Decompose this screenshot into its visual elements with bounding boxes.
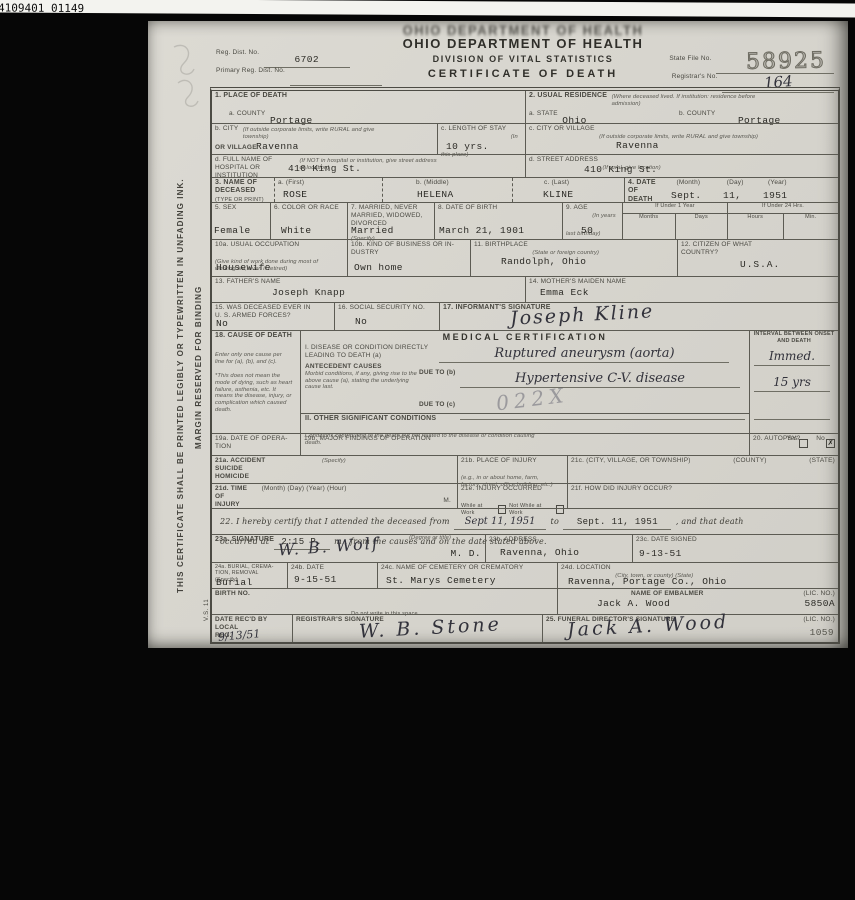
dod-year-label: (Year) bbox=[768, 179, 787, 187]
informant-cell: 17. INFORMANT'S SIGNATURE Joseph Kline bbox=[439, 303, 838, 330]
injury-kind-note: (Specify) bbox=[322, 458, 346, 465]
certify-from-value: Sept 11, 1951 bbox=[465, 516, 536, 527]
margin-binding-text: MARGIN RESERVED FOR BINDING bbox=[194, 286, 203, 449]
degree-value: M. D. bbox=[450, 548, 481, 559]
father-label: 13. FATHER'S NAME bbox=[215, 278, 281, 286]
row-city-stay: b. CITY (If outside corporate limits, wr… bbox=[212, 123, 838, 154]
date-signed-cell: 23c. DATE SIGNED 9-13-51 bbox=[632, 535, 838, 562]
street-value: 410 King St. bbox=[584, 164, 657, 175]
under-24-hours-label: If Under 24 Hrs. bbox=[728, 203, 838, 210]
disposition-location-value: Ravenna, Portage Co., Ohio bbox=[568, 576, 727, 587]
interval-label: INTERVAL BETWEEN ONSET AND DEATH bbox=[750, 331, 838, 344]
industry-label: 10b. KIND OF BUSINESS OR IN- DUSTRY bbox=[351, 241, 454, 257]
row-certify: 22. I hereby certify that I attended the… bbox=[212, 508, 838, 534]
marital-cell: 7. MARRIED, NEVER MARRIED, WIDOWED, DIVO… bbox=[347, 203, 434, 239]
first-name-value: ROSE bbox=[283, 189, 307, 200]
ssn-cell: 16. SOCIAL SECURITY NO. No bbox=[334, 303, 439, 330]
registrar-signature-cell: REGISTRAR'S SIGNATURE W. B. Stone bbox=[292, 615, 542, 642]
residence-county-label: b. COUNTY bbox=[679, 110, 715, 118]
interval-part1: Immed. bbox=[769, 349, 815, 363]
place-city-value: Ravenna bbox=[256, 141, 299, 152]
citizen-cell: 12. CITIZEN OF WHAT COUNTRY? U.S.A. bbox=[677, 240, 838, 276]
industry-cell: 10b. KIND OF BUSINESS OR IN- DUSTRY Own … bbox=[347, 240, 470, 276]
injury-how-label: 21f. HOW DID INJURY OCCUR? bbox=[571, 485, 672, 493]
institution-cell: d. FULL NAME OF HOSPITAL OR INSTITUTION … bbox=[212, 155, 525, 177]
institution-label: d. FULL NAME OF HOSPITAL OR INSTITUTION bbox=[215, 156, 295, 179]
reg-dist-field: Reg. Dist. No. 6702 bbox=[216, 49, 350, 68]
state-file-field: State File No. bbox=[669, 55, 834, 74]
autopsy-yes-label: Yes bbox=[787, 435, 798, 443]
dob-value: March 21, 1901 bbox=[439, 225, 524, 236]
date-signed-value: 9-13-51 bbox=[639, 548, 682, 559]
burial-date-label: 24b. DATE bbox=[291, 564, 324, 572]
residence-city-cell: c. CITY OR VILLAGE (If outside corporate… bbox=[525, 124, 838, 154]
last-name-cell: c. (Last) KLINE bbox=[512, 178, 624, 202]
date-of-death-cell: 4. DATE OF DEATH (Month) (Day) (Year) Se… bbox=[624, 178, 838, 202]
operation-findings-label: 19b. MAJOR FINDINGS OF OPERATION bbox=[304, 435, 431, 443]
middle-name-cell: b. (Middle) HELENA bbox=[382, 178, 512, 202]
ssn-label: 16. SOCIAL SECURITY NO. bbox=[338, 304, 425, 312]
dod-day-label: (Day) bbox=[727, 179, 744, 187]
injury-time-cols: (Month) (Day) (Year) (Hour) bbox=[262, 485, 347, 493]
birth-no-label: BIRTH NO. bbox=[215, 590, 250, 598]
due-c-label: DUE TO (c) bbox=[419, 401, 455, 409]
county-label: a. COUNTY bbox=[229, 110, 265, 118]
place-city-prefix: OR VILLAGE bbox=[215, 144, 257, 152]
row-name-dod: 3. NAME OF DECEASED (TYPE OR PRINT) a. (… bbox=[212, 177, 838, 202]
sex-value: Female bbox=[214, 225, 251, 236]
certificate-header: OHIO DEPARTMENT OF HEALTH OHIO DEPARTMEN… bbox=[210, 25, 836, 87]
dod-month-value: Sept. bbox=[671, 190, 702, 201]
row-operation: 19a. DATE OF OPERA- TION 19b. MAJOR FIND… bbox=[212, 433, 838, 455]
antecedent-note: Morbid conditions, if any, giving rise t… bbox=[305, 371, 417, 391]
disposition-location-cell: 24d. LOCATION (City, town, or county) (S… bbox=[557, 563, 838, 588]
row-place-residence: 1. PLACE OF DEATH a. COUNTY Portage 2. U… bbox=[212, 91, 838, 123]
sex-label: 5. SEX bbox=[215, 204, 236, 212]
street-address-cell: d. STREET ADDRESS (If rural, give locati… bbox=[525, 155, 838, 177]
interval-due-b: 15 yrs bbox=[773, 375, 811, 389]
cause-note-2: *This does not mean the mode of dying, s… bbox=[215, 373, 293, 413]
race-cell: 6. COLOR OR RACE White bbox=[270, 203, 347, 239]
injury-time-label: 21d. TIME OF INJURY bbox=[215, 485, 247, 508]
industry-value: Own home bbox=[354, 262, 403, 273]
race-label: 6. COLOR OR RACE bbox=[274, 204, 339, 212]
medical-certification-title: MEDICAL CERTIFICATION bbox=[301, 332, 749, 342]
row-registrar: DATE REC'D BY LOCAL REG. 9/13/51 REGISTR… bbox=[212, 614, 838, 642]
row-disposition: 24a. BURIAL, CREMA- TION, REMOVAL (Speci… bbox=[212, 562, 838, 588]
scanned-death-certificate-page: { "scan": { "corner_label": "4109401_011… bbox=[0, 0, 855, 900]
father-value: Joseph Knapp bbox=[272, 287, 345, 298]
embalmer-lic-value: 5850A bbox=[804, 598, 835, 609]
injury-state-label: (STATE) bbox=[809, 457, 835, 465]
cause-notes-cell: 18. CAUSE OF DEATH Enter only one cause … bbox=[212, 331, 300, 433]
injury-kind-label: 21a. ACCIDENT SUICIDE HOMICIDE bbox=[215, 457, 265, 480]
mother-value: Emma Eck bbox=[540, 287, 589, 298]
place-of-death-cell: 1. PLACE OF DEATH a. COUNTY Portage bbox=[212, 91, 525, 123]
certificate-paper: MARGIN RESERVED FOR BINDING THIS CERTIFI… bbox=[148, 21, 848, 648]
burial-value: Burial bbox=[216, 577, 253, 588]
race-value: White bbox=[281, 225, 312, 236]
date-received-cell: DATE REC'D BY LOCAL REG. 9/13/51 bbox=[212, 615, 292, 642]
row-injury-bottom: 21d. TIME OF INJURY (Month) (Day) (Year)… bbox=[212, 483, 838, 508]
row-occupation: 10a. USUAL OCCUPATION (Give kind of work… bbox=[212, 239, 838, 276]
primary-reg-dist-label: Primary Reg. Dist. No. bbox=[216, 67, 285, 75]
armed-forces-label: 15. WAS DECEASED EVER IN U. S. ARMED FOR… bbox=[215, 304, 311, 320]
embalmer-lic-label: (LIC. NO.) bbox=[803, 590, 835, 598]
sex-cell: 5. SEX Female bbox=[212, 203, 270, 239]
row-parents: 13. FATHER'S NAME Joseph Knapp 14. MOTHE… bbox=[212, 276, 838, 302]
stay-label: c. LENGTH OF STAY bbox=[441, 125, 506, 133]
injury-m-label: M. bbox=[443, 497, 451, 505]
operation-findings-cell: 19b. MAJOR FINDINGS OF OPERATION bbox=[300, 434, 749, 455]
birthplace-value: Randolph, Ohio bbox=[501, 256, 586, 267]
autopsy-no-checkbox: ✗ bbox=[826, 439, 835, 448]
date-of-operation-label: 19a. DATE OF OPERA- TION bbox=[215, 435, 288, 451]
months-label: Months bbox=[639, 214, 658, 221]
antecedent-label: ANTECEDENT CAUSES bbox=[305, 363, 382, 371]
physician-signature: W. B. Wolf bbox=[277, 533, 380, 559]
disposition-location-label: 24d. LOCATION bbox=[561, 564, 611, 572]
dob-cell: 8. DATE OF BIRTH March 21, 1901 bbox=[434, 203, 562, 239]
due-b-value: Hypertensive C-V. disease bbox=[515, 371, 685, 386]
residence-state-label: a. STATE bbox=[529, 110, 558, 118]
hours-label: Hours bbox=[747, 214, 763, 221]
certify-pre: 22. I hereby certify that I attended the… bbox=[220, 517, 450, 526]
place-city-label: b. CITY bbox=[215, 125, 238, 133]
certify-to-value: Sept. 11, 1951 bbox=[577, 517, 658, 527]
scanner-header-strip: 4109401_01149 bbox=[0, 0, 855, 18]
middle-name-value: HELENA bbox=[417, 189, 454, 200]
mother-cell: 14. MOTHER'S MAIDEN NAME Emma Eck bbox=[525, 277, 838, 302]
primary-reg-dist-field: Primary Reg. Dist. No. bbox=[216, 67, 382, 86]
cause-part1-value: Ruptured aneurysm (aorta) bbox=[494, 346, 674, 361]
marital-label: 7. MARRIED, NEVER MARRIED, WIDOWED, DIVO… bbox=[351, 204, 431, 227]
cause-divider bbox=[301, 413, 749, 414]
dod-month-label: (Month) bbox=[676, 179, 700, 187]
middle-name-label: b. (Middle) bbox=[416, 179, 449, 187]
age-label: 9. AGE bbox=[566, 204, 588, 212]
physician-signature-cell: 23a. SIGNATURE W. B. Wolf (Degree or tit… bbox=[212, 535, 485, 562]
other-conditions-label: II. OTHER SIGNIFICANT CONDITIONS bbox=[305, 415, 436, 422]
embalmer-value: Jack A. Wood bbox=[597, 598, 670, 609]
under-24-hours-cell: If Under 24 Hrs. Hours Min. bbox=[727, 203, 838, 239]
embalmer-cell: NAME OF EMBALMER (LIC. NO.) Jack A. Wood… bbox=[557, 589, 838, 614]
physician-address-value: Ravenna, Ohio bbox=[500, 547, 579, 558]
injury-county-label: (COUNTY) bbox=[733, 457, 766, 465]
armed-forces-cell: 15. WAS DECEASED EVER IN U. S. ARMED FOR… bbox=[212, 303, 334, 330]
place-section-label: 1. PLACE OF DEATH bbox=[215, 92, 287, 99]
injury-how-cell: 21f. HOW DID INJURY OCCUR? bbox=[567, 484, 838, 508]
birthplace-cell: 11. BIRTHPLACE (State or foreign country… bbox=[470, 240, 677, 276]
street-label: d. STREET ADDRESS bbox=[529, 156, 598, 164]
length-of-stay-cell: c. LENGTH OF STAY (In this place) 10 yrs… bbox=[437, 124, 525, 154]
days-label: Days bbox=[695, 214, 708, 221]
embalmer-label: NAME OF EMBALMER bbox=[631, 590, 704, 598]
last-name-value: KLINE bbox=[543, 189, 574, 200]
funeral-director-lic-value: 1059 bbox=[810, 627, 834, 638]
dob-label: 8. DATE OF BIRTH bbox=[438, 204, 497, 212]
funeral-director-lic-label: (LIC. NO.) bbox=[803, 616, 835, 624]
cause-part1-label: I. DISEASE OR CONDITION DIRECTLY LEADING… bbox=[305, 344, 435, 360]
first-name-label: a. (First) bbox=[278, 179, 304, 187]
due-b-label: DUE TO (b) bbox=[419, 369, 456, 377]
birth-no-cell: BIRTH NO. Do not write in this space bbox=[212, 589, 557, 614]
injury-kind-cell: 21a. ACCIDENT SUICIDE HOMICIDE (Specify) bbox=[212, 456, 457, 483]
residence-city-value: Ravenna bbox=[616, 140, 659, 151]
place-city-note: (If outside corporate limits, write RURA… bbox=[243, 127, 393, 140]
cemetery-label: 24c. NAME OF CEMETERY OR CREMATORY bbox=[381, 564, 523, 572]
name-section-cell: 3. NAME OF DECEASED (TYPE OR PRINT) bbox=[212, 178, 274, 202]
row-cause-of-death: 18. CAUSE OF DEATH Enter only one cause … bbox=[212, 330, 838, 433]
reg-dist-label: Reg. Dist. No. bbox=[216, 49, 259, 57]
physician-signature-label: 23a. SIGNATURE bbox=[215, 536, 274, 543]
age-cell: 9. AGE (In years last birthday) 50 bbox=[562, 203, 622, 239]
physician-address-cell: 23b. ADDRESS Ravenna, Ohio bbox=[485, 535, 632, 562]
reg-dist-value: 6702 bbox=[295, 54, 319, 65]
injury-location-cell: 21c. (CITY, VILLAGE, OR TOWNSHIP) (COUNT… bbox=[567, 456, 838, 483]
institution-value: 410 King St. bbox=[288, 163, 361, 174]
place-city-cell: b. CITY (If outside corporate limits, wr… bbox=[212, 124, 437, 154]
age-value: 50 bbox=[581, 225, 593, 236]
row-personal: 5. SEX Female 6. COLOR OR RACE White 7. … bbox=[212, 202, 838, 239]
state-file-label: State File No. bbox=[669, 55, 711, 63]
date-of-operation-cell: 19a. DATE OF OPERA- TION bbox=[212, 434, 300, 455]
under-one-year-label: If Under 1 Year bbox=[623, 203, 727, 210]
funeral-director-cell: 25. FUNERAL DIRECTOR'S SIGNATURE (LIC. N… bbox=[542, 615, 838, 642]
name-section-label: 3. NAME OF DECEASED bbox=[215, 179, 257, 194]
marital-value: Married bbox=[351, 225, 394, 236]
registrar-number-label: Registrar's No. bbox=[672, 73, 718, 81]
armed-forces-value: No bbox=[216, 318, 228, 329]
cause-section-label: 18. CAUSE OF DEATH bbox=[215, 332, 292, 339]
autopsy-no-label: No bbox=[816, 435, 825, 443]
pencil-scribble bbox=[164, 39, 208, 119]
usual-residence-cell: 2. USUAL RESIDENCE (Where deceased lived… bbox=[525, 91, 838, 123]
burial-date-value: 9-15-51 bbox=[294, 574, 337, 585]
minutes-label: Min. bbox=[805, 214, 816, 221]
father-cell: 13. FATHER'S NAME Joseph Knapp bbox=[212, 277, 525, 302]
injury-time-cell: 21d. TIME OF INJURY (Month) (Day) (Year)… bbox=[212, 484, 457, 508]
birthplace-label: 11. BIRTHPLACE bbox=[474, 241, 528, 249]
interval-cell: INTERVAL BETWEEN ONSET AND DEATH Immed. … bbox=[749, 331, 838, 433]
residence-city-label: c. CITY OR VILLAGE bbox=[529, 125, 595, 133]
row-embalmer: BIRTH NO. Do not write in this space NAM… bbox=[212, 588, 838, 614]
burial-cell: 24a. BURIAL, CREMA- TION, REMOVAL (Speci… bbox=[212, 563, 287, 588]
dod-year-value: 1951 bbox=[763, 190, 787, 201]
dod-label: 4. DATE OF DEATH bbox=[628, 179, 656, 203]
injury-location-label: 21c. (CITY, VILLAGE, OR TOWNSHIP) bbox=[571, 457, 691, 465]
injury-place-cell: 21b. PLACE OF INJURY (e.g., in or about … bbox=[457, 456, 567, 483]
last-name-label: c. (Last) bbox=[544, 179, 569, 187]
cemetery-cell: 24c. NAME OF CEMETERY OR CREMATORY St. M… bbox=[377, 563, 557, 588]
ssn-value: No bbox=[355, 316, 367, 327]
injury-occurred-label: 21e. INJURY OCCURRED bbox=[461, 485, 542, 493]
date-received-value: 9/13/51 bbox=[218, 627, 261, 644]
occupation-cell: 10a. USUAL OCCUPATION (Give kind of work… bbox=[212, 240, 347, 276]
row-informant: 15. WAS DECEASED EVER IN U. S. ARMED FOR… bbox=[212, 302, 838, 330]
margin-legibility-text: THIS CERTIFICATE SHALL BE PRINTED LEGIBL… bbox=[176, 178, 185, 593]
row-institution-street: d. FULL NAME OF HOSPITAL OR INSTITUTION … bbox=[212, 154, 838, 177]
stay-value: 10 yrs. bbox=[446, 141, 489, 152]
dod-day-value: 11, bbox=[723, 190, 741, 201]
row-physician: 23a. SIGNATURE W. B. Wolf (Degree or tit… bbox=[212, 534, 838, 562]
citizen-label: 12. CITIZEN OF WHAT COUNTRY? bbox=[681, 241, 752, 257]
injury-place-label: 21b. PLACE OF INJURY bbox=[461, 457, 537, 465]
cemetery-value: St. Marys Cemetery bbox=[386, 575, 496, 586]
citizen-value: U.S.A. bbox=[740, 259, 780, 270]
injury-occurred-cell: 21e. INJURY OCCURRED While at Work Not W… bbox=[457, 484, 567, 508]
occupation-label: 10a. USUAL OCCUPATION bbox=[215, 241, 299, 249]
residence-section-label: 2. USUAL RESIDENCE bbox=[529, 92, 607, 99]
cause-note-1: Enter only one cause per line for (a), (… bbox=[215, 352, 291, 365]
residence-section-note: (Where deceased lived. If institution: r… bbox=[612, 94, 762, 107]
degree-note: (Degree or title) bbox=[409, 535, 451, 542]
burial-date-cell: 24b. DATE 9-15-51 bbox=[287, 563, 377, 588]
date-signed-label: 23c. DATE SIGNED bbox=[636, 536, 697, 544]
under-one-year-cell: If Under 1 Year Months Days bbox=[622, 203, 727, 239]
certificate-form: 1. PLACE OF DEATH a. COUNTY Portage 2. U… bbox=[210, 87, 840, 644]
autopsy-cell: 20. AUTOPSY? Yes No✗ bbox=[749, 434, 838, 455]
mother-label: 14. MOTHER'S MAIDEN NAME bbox=[529, 278, 626, 286]
scan-corner-label: 4109401_01149 bbox=[0, 1, 84, 15]
medical-certification-cell: MEDICAL CERTIFICATION I. DISEASE OR COND… bbox=[300, 331, 749, 433]
certify-to-word: to bbox=[551, 517, 559, 526]
occupation-value: Housewife bbox=[216, 262, 271, 273]
physician-address-label: 23b. ADDRESS bbox=[489, 536, 537, 544]
autopsy-yes-checkbox bbox=[799, 439, 808, 448]
first-name-cell: a. (First) ROSE bbox=[274, 178, 382, 202]
certify-post: , and that death bbox=[676, 517, 744, 526]
row-injury-top: 21a. ACCIDENT SUICIDE HOMICIDE (Specify)… bbox=[212, 455, 838, 483]
